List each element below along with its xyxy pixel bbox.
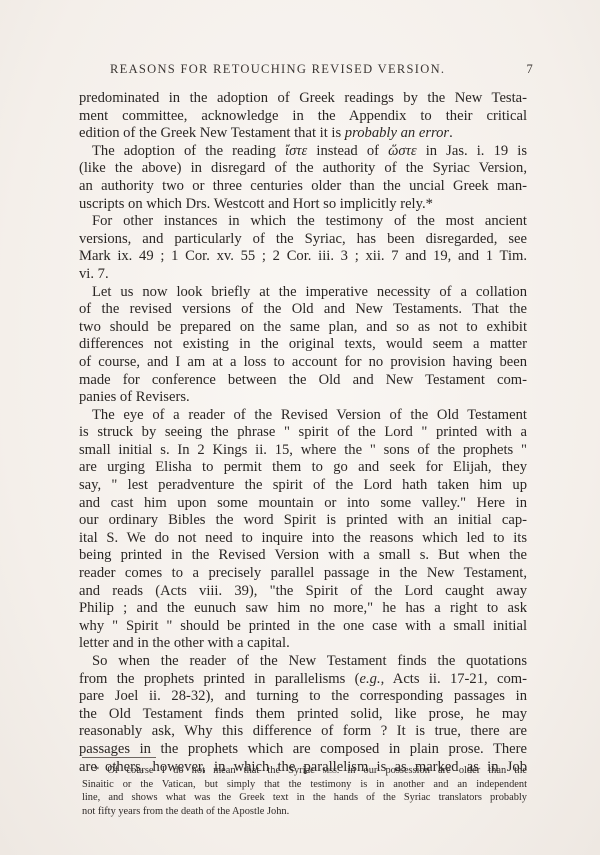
running-title: REASONS FOR RETOUCHING REVISED VERSION.: [110, 62, 445, 77]
body-line: predominated in the adoption of Greek re…: [79, 90, 527, 108]
body-line: small initial s. In 2 Kings ii. 15, wher…: [79, 442, 527, 460]
body-line: Mark ix. 49 ; 1 Cor. xv. 55 ; 2 Cor. iii…: [79, 248, 527, 266]
footnote-divider: [82, 757, 156, 758]
footnote-line: not fifty years from the death of the Ap…: [82, 805, 527, 819]
running-head: REASONS FOR RETOUCHING REVISED VERSION. …: [110, 62, 540, 77]
body-line: our ordinary Bibles the word Spirit is p…: [79, 512, 527, 530]
body-line: two should be prepared on the same plan,…: [79, 319, 527, 337]
body-line: vi. 7.: [79, 266, 527, 284]
body-line: passages in the prophets which are compo…: [79, 741, 527, 759]
body-line: The eye of a reader of the Revised Versi…: [79, 407, 527, 425]
body-line: being printed in the Revised Version wit…: [79, 547, 527, 565]
body-line: an authority two or three centuries olde…: [79, 178, 527, 196]
body-line: of the revised versions of the Old and N…: [79, 301, 527, 319]
body-line: and reads (Acts viii. 39), "the Spirit o…: [79, 583, 527, 601]
body-line: Let us now look briefly at the imperativ…: [79, 284, 527, 302]
body-line: are urging Elisha to permit them to go a…: [79, 459, 527, 477]
footnote-line: line, and shows what was the Greek text …: [82, 791, 527, 805]
body-line: why " Spirit " should be printed in the …: [79, 618, 527, 636]
body-line: reasonably ask, Why this difference of f…: [79, 723, 527, 741]
body-line: The adoption of the reading ἴστε instead…: [79, 143, 527, 161]
footnote-line: Sinaitic or the Vatican, but simply that…: [82, 778, 527, 792]
body-line: panies of Revisers.: [79, 389, 527, 407]
footnote: * Of course I do not mean that the Syria…: [82, 764, 527, 818]
body-line: differences not existing in the original…: [79, 336, 527, 354]
body-line: So when the reader of the New Testament …: [79, 653, 527, 671]
body-line: ment committee, acknowledge in the Appen…: [79, 108, 527, 126]
body-line: Philip ; and the eunuch saw him no more,…: [79, 600, 527, 618]
body-line: ital S. We do not need to inquire into t…: [79, 530, 527, 548]
body-line: pare Joel ii. 28-32), and turning to the…: [79, 688, 527, 706]
body-line: is struck by seeing the phrase " spirit …: [79, 424, 527, 442]
body-line: reader comes to a precisely parallel pas…: [79, 565, 527, 583]
body-line: edition of the Greek New Testament that …: [79, 125, 527, 143]
body-line: the Old Testament finds them printed sol…: [79, 706, 527, 724]
footnote-line: * Of course I do not mean that the Syria…: [82, 764, 527, 778]
body-line: uscripts on which Drs. Westcott and Hort…: [79, 196, 527, 214]
body-line: letter and in the other with a capital.: [79, 635, 527, 653]
body-line: from the prophets printed in parallelism…: [79, 671, 527, 689]
page-number: 7: [526, 62, 534, 77]
body-line: of course, and I am at a loss to account…: [79, 354, 527, 372]
body-text: predominated in the adoption of Greek re…: [79, 90, 527, 776]
body-line: versions, and particularly of the Syriac…: [79, 231, 527, 249]
body-line: say, " lest peradventure the spirit of t…: [79, 477, 527, 495]
body-line: (like the above) in disregard of the aut…: [79, 160, 527, 178]
book-page: REASONS FOR RETOUCHING REVISED VERSION. …: [0, 0, 600, 855]
body-line: and cast him upon some mountain or into …: [79, 495, 527, 513]
body-line: For other instances in which the testimo…: [79, 213, 527, 231]
body-line: made for conference between the Old and …: [79, 372, 527, 390]
